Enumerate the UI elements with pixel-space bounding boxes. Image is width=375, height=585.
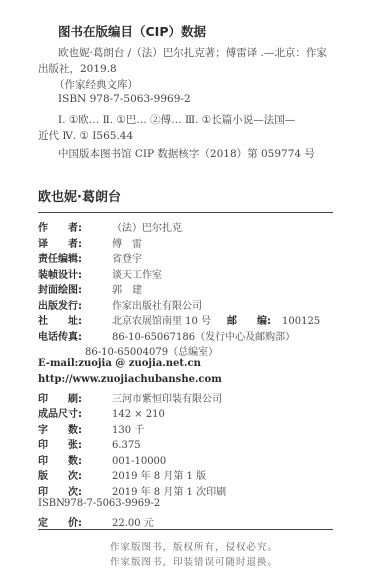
author-row: 作 者:（法）巴尔扎克: [38, 219, 182, 234]
edition-label: 版 次:: [38, 467, 112, 482]
copyright-line-2: 作家版图书，印装错误可随时退换。: [110, 554, 278, 568]
divider-bottom: [38, 529, 333, 530]
price-row: 定 价:22.00 元: [38, 514, 154, 529]
divider-top: [38, 212, 333, 213]
cip-series: （作家经典文库）: [54, 77, 138, 92]
phone-value-1: 86-10-65067186（发行中心及邮购部）: [112, 332, 295, 343]
phone-row: 电话传真:86-10-65067186（发行中心及邮购部）: [38, 328, 295, 343]
isbn-value: 978-7-5063-9969-2: [64, 498, 160, 509]
sheets-value: 6.375: [112, 440, 141, 451]
postcode-value: 100125: [282, 316, 320, 327]
cip-line2: 出版社，2019.8: [38, 61, 117, 76]
size-label: 成品尺寸:: [38, 405, 112, 420]
printer-label: 印 刷:: [38, 390, 112, 405]
copies-value: 001-10000: [112, 456, 166, 467]
edition-row: 版 次:2019 年 8 月第 1 版: [38, 467, 206, 482]
address-value: 北京农展馆南里 10 号: [112, 312, 227, 327]
size-row: 成品尺寸:142 × 210: [38, 405, 165, 420]
price-label: 定 价:: [38, 514, 112, 529]
isbn-row: ISBN978-7-5063-9969-2: [38, 498, 160, 509]
cover-label: 封面绘图:: [38, 281, 112, 296]
printer-row: 印 刷:三河市紫恒印装有限公司: [38, 390, 222, 405]
sheets-row: 印 张:6.375: [38, 436, 141, 451]
address-label: 社 址:: [38, 312, 112, 327]
editor-label: 责任编辑:: [38, 250, 112, 265]
publisher-label: 出版发行:: [38, 297, 112, 312]
author-label: 作 者:: [38, 219, 112, 234]
printing-row: 印 次:2019 年 8 月第 1 次印刷: [38, 483, 226, 498]
design-row: 装帧设计:谈天工作室: [38, 266, 162, 281]
translator-label: 译 者:: [38, 235, 112, 250]
email-link[interactable]: E-mail:zuojia @ zuojia.net.cn: [38, 358, 201, 369]
phone-row-2: 86-10-65004079（总编室）: [85, 343, 218, 358]
size-value: 142 × 210: [112, 409, 165, 420]
phone-label: 电话传真:: [38, 328, 112, 343]
copyright-line-1: 作家版图书，版权所有，侵权必究。: [110, 539, 278, 553]
printing-label: 印 次:: [38, 483, 112, 498]
copies-row: 印 数:001-10000: [38, 452, 166, 467]
cip-line1: 欧也妮·葛朗台 /（法）巴尔扎克著；傅雷译 .—北京：作家: [58, 45, 327, 60]
sheets-label: 印 张:: [38, 436, 112, 451]
words-row: 字 数:130 千: [38, 421, 144, 436]
address-row: 社 址:北京农展馆南里 10 号邮 编:100125: [38, 312, 320, 327]
website-link[interactable]: http://www.zuojiachubanshe.com: [38, 374, 222, 385]
isbn-label: ISBN: [38, 498, 58, 509]
author-value: （法）巴尔扎克: [112, 223, 182, 234]
words-label: 字 数:: [38, 421, 112, 436]
publisher-value: 作家出版社有限公司: [112, 301, 202, 312]
book-title: 欧也妮·葛朗台: [38, 186, 121, 205]
cover-row: 封面绘图:郭 建: [38, 281, 142, 296]
translator-value: 傅 雷: [112, 239, 142, 250]
cip-title: 图书在版编目（CIP）数据: [58, 22, 206, 40]
cip-isbn: ISBN 978-7-5063-9969-2: [58, 93, 191, 105]
phone-value-2: 86-10-65004079（总编室）: [85, 347, 218, 358]
printer-value: 三河市紫恒印装有限公司: [112, 394, 222, 405]
edition-value: 2019 年 8 月第 1 版: [112, 471, 206, 482]
printing-value: 2019 年 8 月第 1 次印刷: [112, 487, 226, 498]
cip-class2: 近代 Ⅳ. ① I565.44: [38, 128, 133, 143]
cip-class1: Ⅰ. ①欧… Ⅱ. ①巴… ②傅… Ⅲ. ①长篇小说—法国—: [58, 112, 295, 127]
words-value: 130 千: [112, 425, 144, 436]
design-label: 装帧设计:: [38, 266, 112, 281]
publisher-row: 出版发行:作家出版社有限公司: [38, 297, 202, 312]
cover-value: 郭 建: [112, 285, 142, 296]
editor-row: 责任编辑:省登宇: [38, 250, 142, 265]
price-value: 22.00 元: [112, 518, 154, 529]
translator-row: 译 者:傅 雷: [38, 235, 142, 250]
design-value: 谈天工作室: [112, 270, 162, 281]
editor-value: 省登宇: [112, 254, 142, 265]
cip-number: 中国版本图书馆 CIP 数据核字（2018）第 059774 号: [58, 146, 315, 161]
postcode-label: 邮 编:: [227, 312, 282, 327]
copies-label: 印 数:: [38, 452, 112, 467]
